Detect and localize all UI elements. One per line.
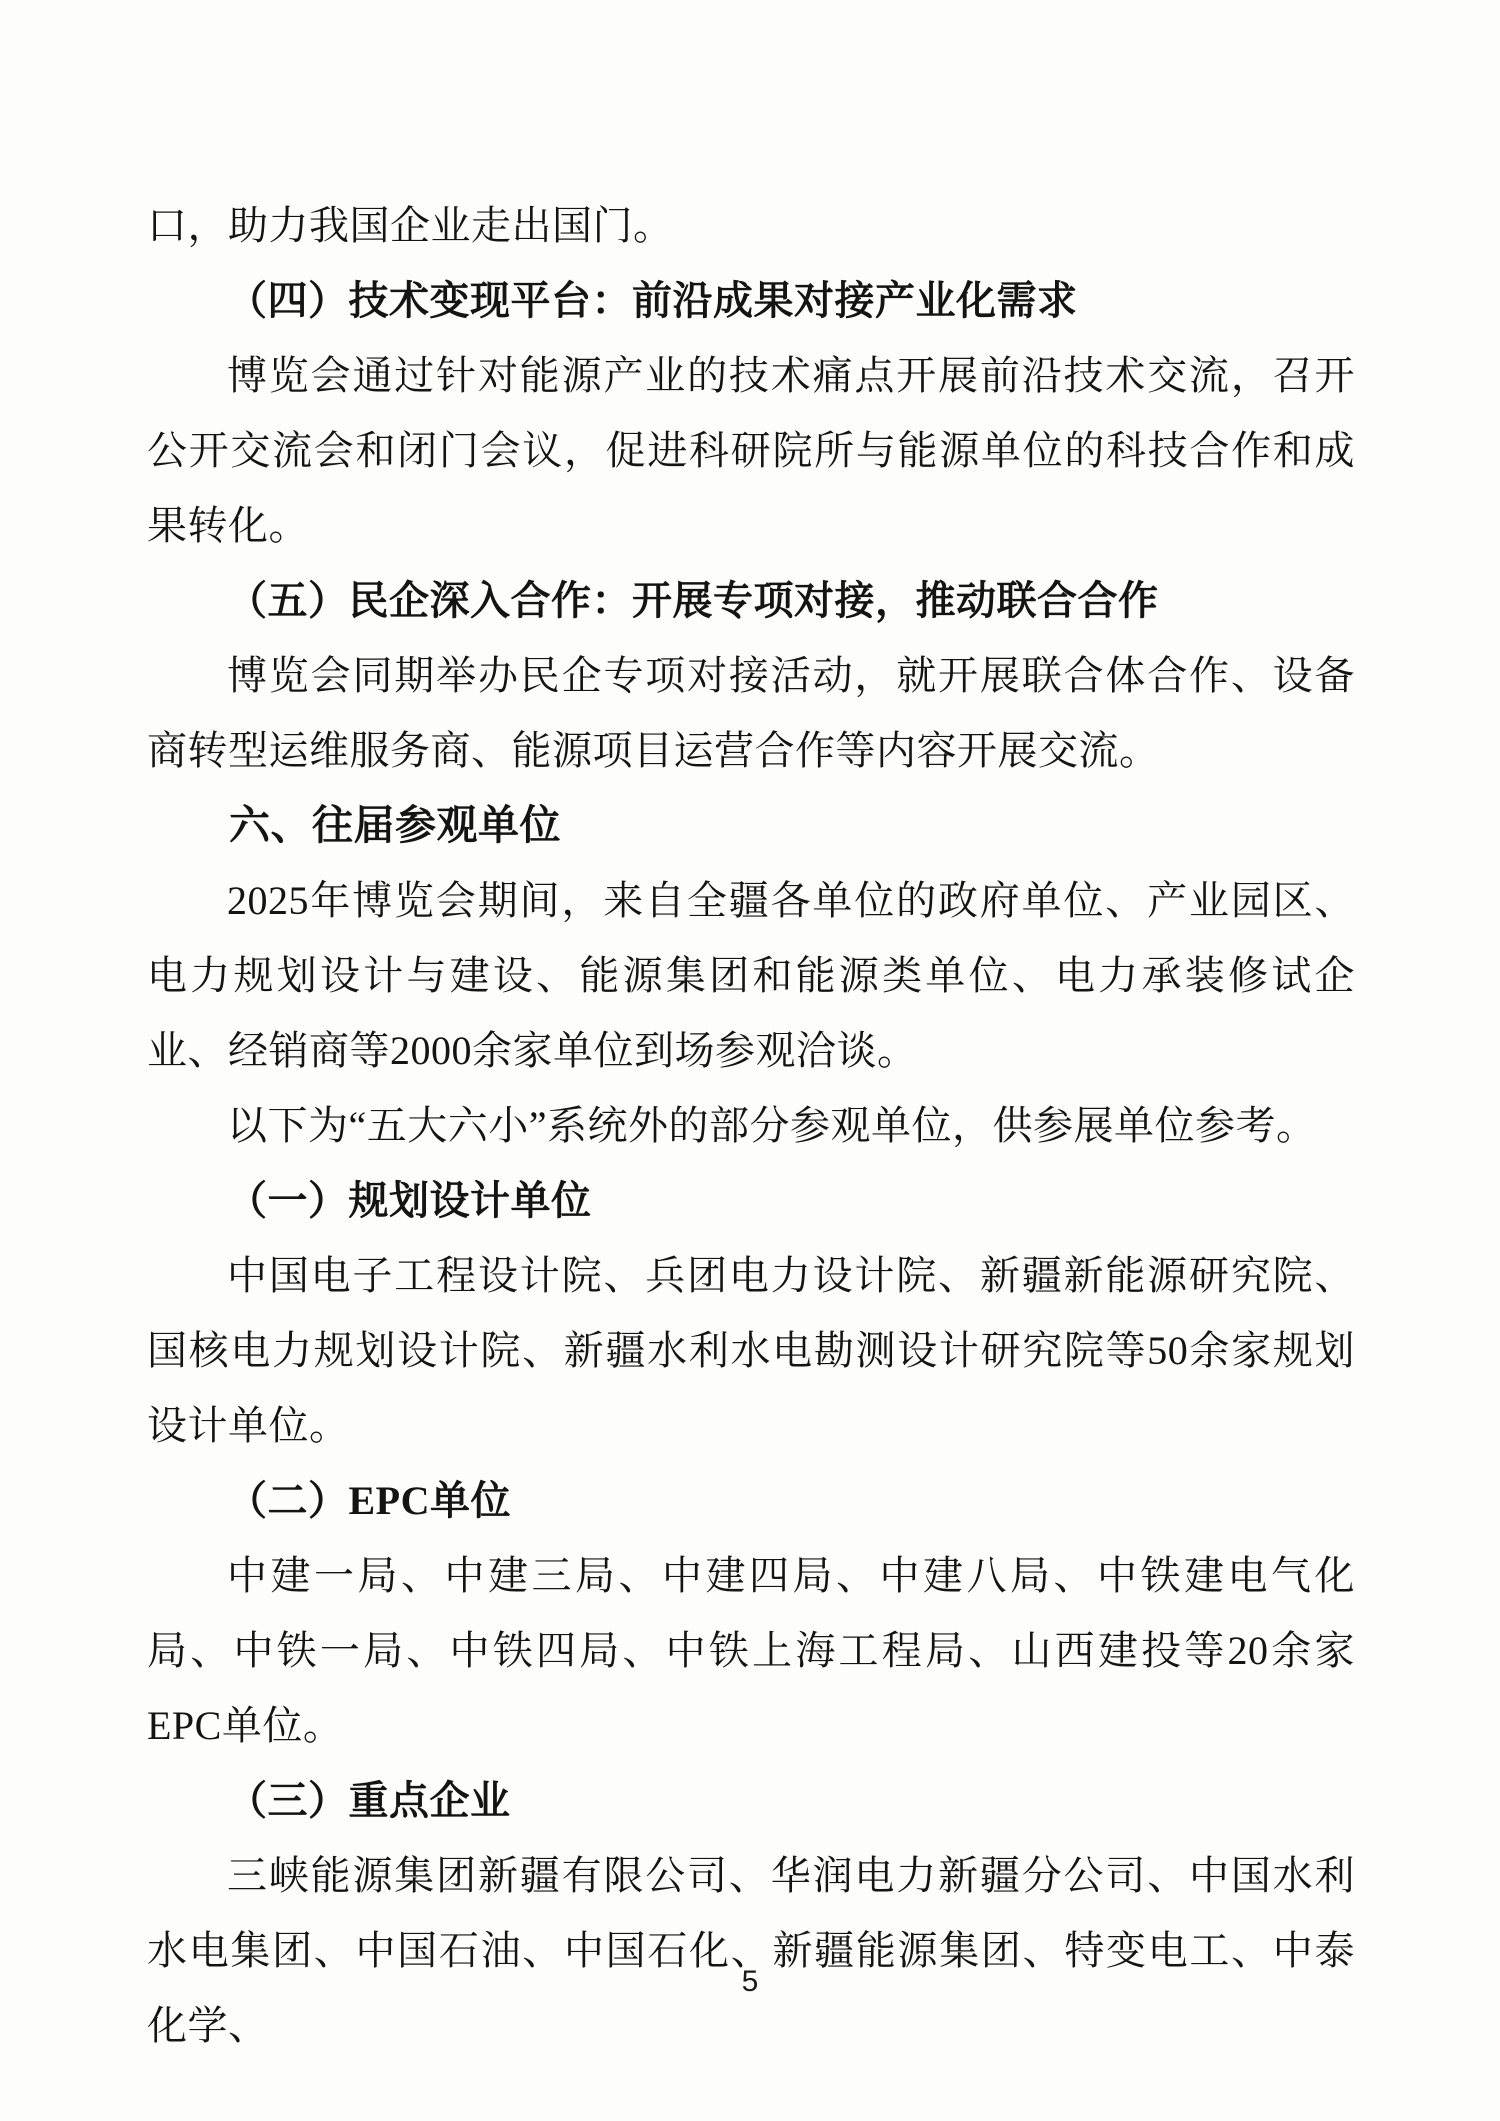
paragraph: 三峡能源集团新疆有限公司、华润电力新疆分公司、中国水利水电集团、中国石油、中国石… bbox=[147, 1838, 1355, 2063]
subsection-heading-3: （三）重点企业 bbox=[147, 1763, 1355, 1838]
subsection-heading-1: （一）规划设计单位 bbox=[147, 1163, 1355, 1238]
subsection-heading-2: （二）EPC单位 bbox=[147, 1463, 1355, 1538]
paragraph: 2025年博览会期间，来自全疆各单位的政府单位、产业园区、电力规划设计与建设、能… bbox=[147, 863, 1355, 1088]
section-heading-5: （五）民企深入合作：开展专项对接，推动联合合作 bbox=[147, 563, 1355, 638]
paragraph: 博览会同期举办民企专项对接活动，就开展联合体合作、设备商转型运维服务商、能源项目… bbox=[147, 638, 1355, 788]
paragraph: 中国电子工程设计院、兵团电力设计院、新疆新能源研究院、国核电力规划设计院、新疆水… bbox=[147, 1238, 1355, 1463]
paragraph: 以下为“五大六小”系统外的部分参观单位，供参展单位参考。 bbox=[147, 1088, 1355, 1163]
document-content: 口，助力我国企业走出国门。 （四）技术变现平台：前沿成果对接产业化需求 博览会通… bbox=[147, 188, 1355, 2063]
paragraph: 中建一局、中建三局、中建四局、中建八局、中铁建电气化局、中铁一局、中铁四局、中铁… bbox=[147, 1538, 1355, 1763]
paragraph-continuation: 口，助力我国企业走出国门。 bbox=[147, 188, 1355, 263]
page-number: 5 bbox=[0, 1965, 1500, 1999]
document-page: 口，助力我国企业走出国门。 （四）技术变现平台：前沿成果对接产业化需求 博览会通… bbox=[0, 0, 1500, 2121]
chapter-heading-6: 六、往届参观单位 bbox=[147, 788, 1355, 863]
paragraph: 博览会通过针对能源产业的技术痛点开展前沿技术交流，召开公开交流会和闭门会议，促进… bbox=[147, 338, 1355, 563]
section-heading-4: （四）技术变现平台：前沿成果对接产业化需求 bbox=[147, 263, 1355, 338]
